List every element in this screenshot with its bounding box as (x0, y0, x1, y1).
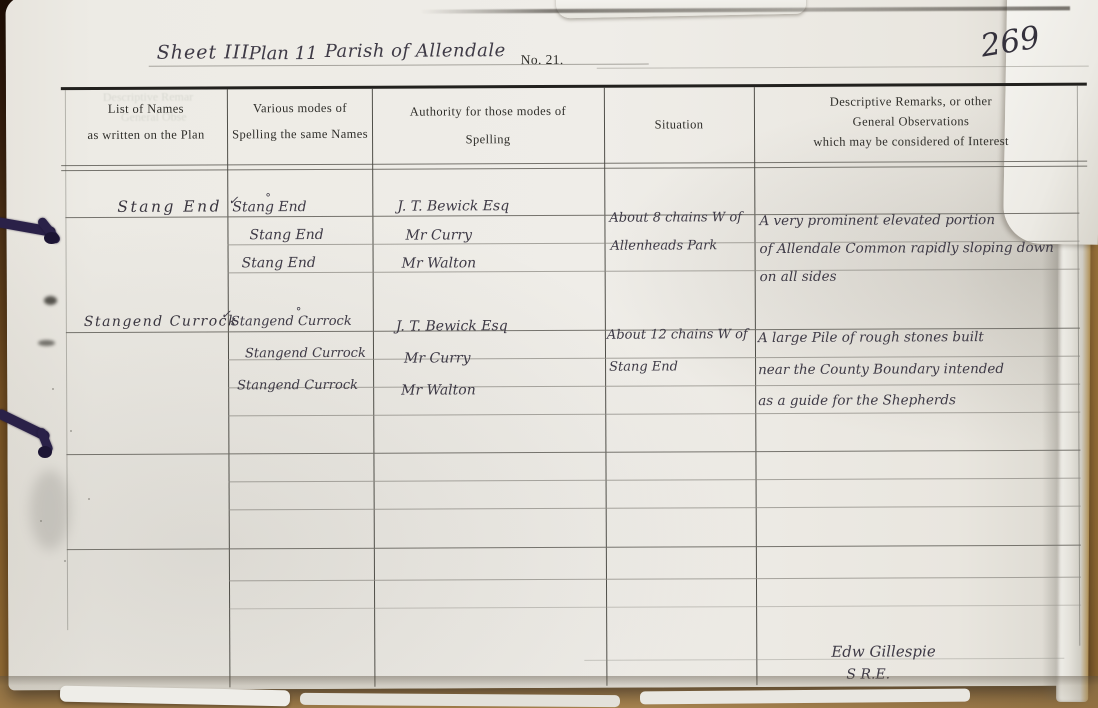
ruled-line (584, 658, 1064, 661)
page-number: 269 (978, 19, 1042, 64)
column-header-authority: Authority for those modes of (410, 104, 566, 120)
spelling-variant: Stang End (232, 199, 306, 215)
column-header-names: List of Names (108, 102, 184, 117)
column-header-remarks: which may be considered of Interest (813, 134, 1009, 150)
plan-label: Plan 11 (249, 43, 318, 64)
ruled-line (229, 506, 1081, 511)
authority-name: J. T. Bewick Esq (397, 198, 509, 214)
ruled-line (228, 412, 1080, 417)
sheet-number-label: No. 21. (521, 52, 564, 68)
header-divider (61, 161, 1087, 166)
ruled-line (228, 269, 1080, 274)
signature-name: Edw Gillespie (831, 642, 935, 660)
column-header-remarks: General Observations (853, 114, 970, 130)
remarks-line: A very prominent elevated portion (759, 212, 995, 229)
ruled-line (229, 478, 1081, 483)
spelling-variant: Stangend Currock (237, 378, 358, 394)
authority-name: Mr Curry (405, 227, 472, 243)
sheet-label: Sheet III (157, 41, 250, 63)
authority-name: Mr Walton (401, 382, 476, 398)
remarks-line: A large Pile of rough stones built (758, 329, 984, 346)
ruled-line (66, 450, 1080, 455)
situation-line: About 12 chains W of (607, 327, 748, 343)
authority-name: J. T. Bewick Esq (396, 318, 508, 334)
remarks-line: as a guide for the Shepherds (758, 392, 956, 409)
column-header-spelling: Various modes of (253, 101, 347, 116)
header-divider (61, 166, 1087, 171)
remarks-line: near the County Boundary intended (758, 361, 1004, 378)
remarks-line: on all sides (760, 269, 837, 285)
header-underline (149, 64, 649, 67)
document-content: Sheet III Plan 11 Parish of Allendale No… (0, 0, 1098, 708)
header-rule (597, 66, 1089, 69)
check-mark: ✓ (221, 307, 231, 321)
ruled-line (229, 605, 1081, 610)
spelling-variant: Stang End (249, 227, 323, 243)
spelling-variant: Stangend Currock (245, 346, 366, 362)
spelling-variant: Stangend Currock (231, 314, 352, 330)
column-line (1077, 86, 1080, 646)
ruled-line (67, 545, 1081, 550)
entry-name: Stangend Currock (84, 313, 238, 330)
table-top-border (61, 83, 1087, 90)
entry-name: Stang End (117, 197, 222, 215)
column-header-authority: Spelling (466, 132, 511, 147)
column-header-spelling: Spelling the same Names (232, 127, 368, 143)
torn-paper-fragment (300, 693, 620, 707)
column-header-situation: Situation (655, 117, 704, 132)
situation-line: Allenheads Park (610, 238, 717, 253)
situation-line: About 8 chains W of (609, 210, 742, 226)
authority-name: Mr Walton (402, 255, 477, 271)
ruled-line (229, 577, 1081, 582)
remarks-line: of Allendale Common rapidly sloping down (760, 240, 1054, 257)
parish-label: Parish of Allendale (325, 40, 506, 62)
spelling-variant: Stang End (242, 255, 316, 271)
column-header-remarks: Descriptive Remarks, or other (830, 94, 992, 110)
column-header-names: as written on the Plan (87, 128, 204, 144)
authority-name: Mr Curry (404, 350, 471, 366)
situation-line: Stang End (609, 359, 678, 374)
